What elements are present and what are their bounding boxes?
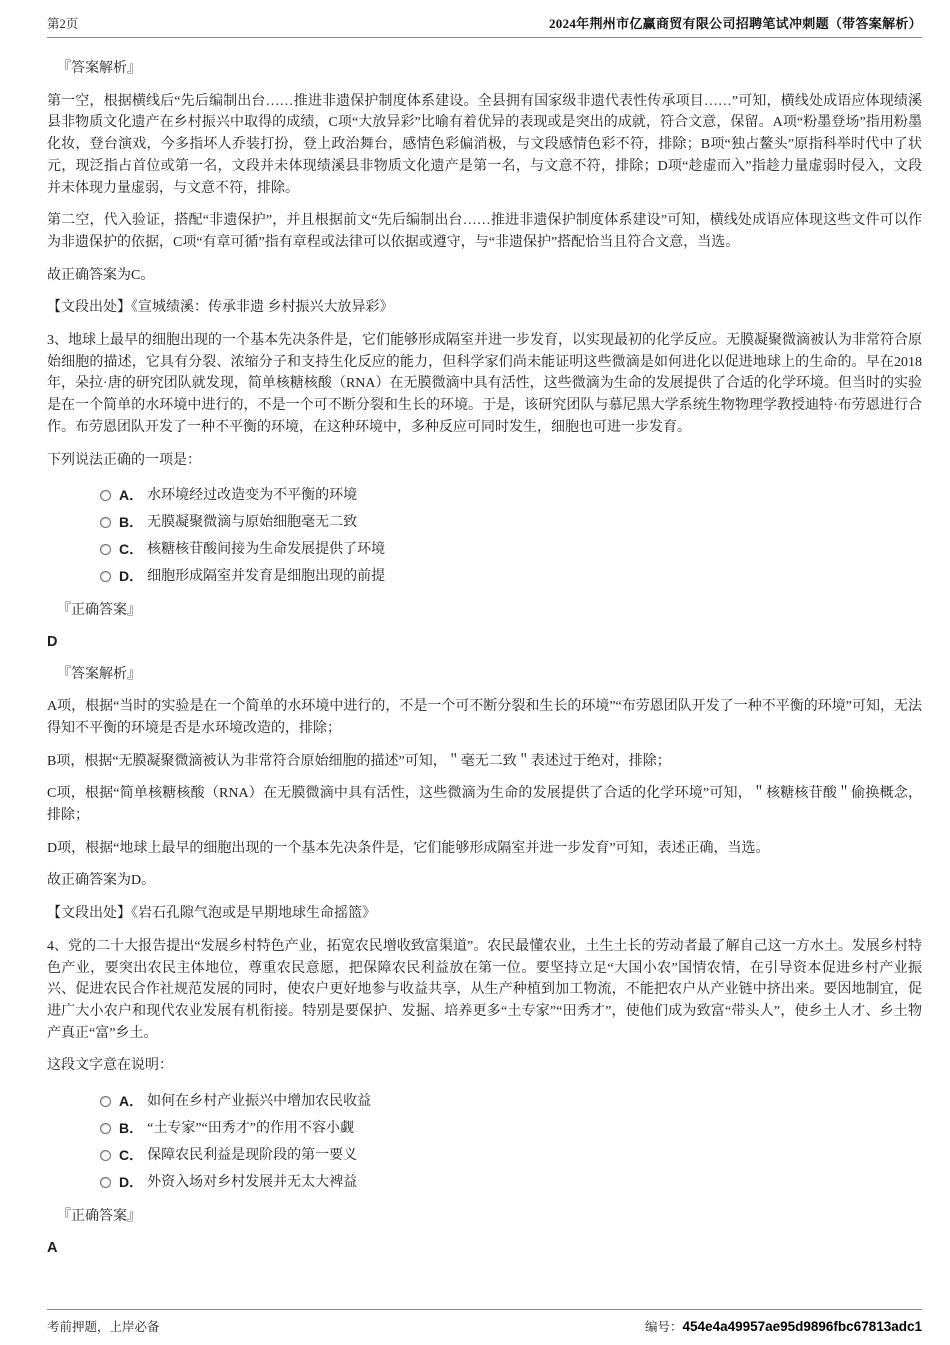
radio-icon[interactable] [100, 490, 111, 501]
radio-icon[interactable] [100, 517, 111, 528]
option-row-d[interactable]: D． 外资入场对乡村发展并无太大裨益 [47, 1169, 922, 1196]
option-text: 水环境经过改造变为不平衡的环境 [147, 485, 357, 507]
correct-answer-heading: 『正确答案』 [47, 1206, 922, 1227]
page-content: 『答案解析』 第一空，根据横线后“先后编制出台……推进非遗保护制度体系建设。全县… [47, 58, 922, 1259]
option-row-b[interactable]: B． 无膜凝聚微滴与原始细胞毫无二致 [47, 509, 922, 536]
document-page: 第2页 2024年荆州市亿赢商贸有限公司招聘笔试冲刺题（带答案解析） 『答案解析… [0, 0, 950, 1345]
option-letter: B． [119, 1118, 143, 1140]
analysis-heading: 『答案解析』 [47, 664, 922, 685]
question-prompt: 下列说法正确的一项是： [47, 450, 922, 472]
radio-icon[interactable] [100, 1150, 111, 1161]
question-stem: 3、地球上最早的细胞出现的一个基本先决条件是，它们能够形成隔室并进一步发育，以实… [47, 330, 922, 439]
option-row-d[interactable]: D． 细胞形成隔室并发育是细胞出现的前提 [47, 563, 922, 590]
footer-code: 编号：454e4a49957ae95d9896fbc67813adc1 [645, 1317, 922, 1335]
answer-conclusion: 故正确答案为C。 [47, 265, 922, 287]
analysis-paragraph: 第一空，根据横线后“先后编制出台……推进非遗保护制度体系建设。全县拥有国家级非遗… [47, 91, 922, 200]
option-letter: C． [119, 539, 143, 561]
page-number: 第2页 [47, 14, 78, 32]
option-row-a[interactable]: A． 水环境经过改造变为不平衡的环境 [47, 482, 922, 509]
option-row-b[interactable]: B． “土专家”“田秀才”的作用不容小觑 [47, 1115, 922, 1142]
footer-slogan: 考前押题，上岸必备 [47, 1317, 160, 1335]
question-prompt: 这段文字意在说明： [47, 1055, 922, 1077]
option-row-c[interactable]: C． 核糖核苷酸间接为生命发展提供了环境 [47, 536, 922, 563]
correct-answer-value: A [47, 1238, 922, 1259]
option-letter: C． [119, 1145, 143, 1167]
page-header: 第2页 2024年荆州市亿赢商贸有限公司招聘笔试冲刺题（带答案解析） [47, 13, 922, 38]
option-letter: A． [119, 485, 143, 507]
answer-conclusion: 故正确答案为D。 [47, 870, 922, 892]
option-text: 外资入场对乡村发展并无太大裨益 [147, 1172, 357, 1194]
option-text: 保障农民利益是现阶段的第一要义 [147, 1145, 357, 1167]
option-letter: B． [119, 512, 143, 534]
options-group: A． 水环境经过改造变为不平衡的环境 B． 无膜凝聚微滴与原始细胞毫无二致 C．… [47, 482, 922, 590]
radio-icon[interactable] [100, 1096, 111, 1107]
analysis-paragraph: C项，根据“简单核糖核酸（RNA）在无膜微滴中具有活性，这些微滴为生命的发展提供… [47, 783, 922, 826]
option-letter: D． [119, 1172, 143, 1194]
analysis-paragraph: 第二空，代入验证，搭配“非遗保护”，并且根据前文“先后编制出台……推进非遗保护制… [47, 210, 922, 253]
correct-answer-value: D [47, 632, 922, 653]
option-row-c[interactable]: C． 保障农民利益是现阶段的第一要义 [47, 1142, 922, 1169]
option-text: 细胞形成隔室并发育是细胞出现的前提 [147, 566, 385, 588]
radio-icon[interactable] [100, 571, 111, 582]
analysis-paragraph: B项，根据“无膜凝聚微滴被认为非常符合原始细胞的描述”可知，＂毫无二致＂表述过于… [47, 751, 922, 773]
document-title: 2024年荆州市亿赢商贸有限公司招聘笔试冲刺题（带答案解析） [549, 13, 922, 32]
option-text: 无膜凝聚微滴与原始细胞毫无二致 [147, 512, 357, 534]
page-footer: 考前押题，上岸必备 编号：454e4a49957ae95d9896fbc6781… [47, 1309, 922, 1335]
correct-answer-heading: 『正确答案』 [47, 600, 922, 621]
option-text: 如何在乡村产业振兴中增加农民收益 [147, 1091, 371, 1113]
footer-code-value: 454e4a49957ae95d9896fbc67813adc1 [683, 1319, 922, 1334]
radio-icon[interactable] [100, 544, 111, 555]
footer-code-label: 编号： [645, 1320, 683, 1334]
option-row-a[interactable]: A． 如何在乡村产业振兴中增加农民收益 [47, 1088, 922, 1115]
source-reference: 【文段出处】《岩石孔隙气泡或是早期地球生命摇篮》 [47, 903, 922, 925]
options-group: A． 如何在乡村产业振兴中增加农民收益 B． “土专家”“田秀才”的作用不容小觑… [47, 1088, 922, 1196]
option-text: 核糖核苷酸间接为生命发展提供了环境 [147, 539, 385, 561]
radio-icon[interactable] [100, 1177, 111, 1188]
source-reference: 【文段出处】《宣城绩溪：传承非遗 乡村振兴大放异彩》 [47, 297, 922, 319]
radio-icon[interactable] [100, 1123, 111, 1134]
analysis-paragraph: D项，根据“地球上最早的细胞出现的一个基本先决条件是，它们能够形成隔室并进一步发… [47, 838, 922, 860]
option-letter: A． [119, 1091, 143, 1113]
analysis-paragraph: A项，根据“当时的实验是在一个简单的水环境中进行的，不是一个可不断分裂和生长的环… [47, 696, 922, 739]
question-stem: 4、党的二十大报告提出“发展乡村特色产业，拓宽农民增收致富渠道”。农民最懂农业，… [47, 936, 922, 1045]
analysis-heading: 『答案解析』 [47, 58, 922, 80]
option-letter: D． [119, 566, 143, 588]
option-text: “土专家”“田秀才”的作用不容小觑 [147, 1118, 354, 1140]
